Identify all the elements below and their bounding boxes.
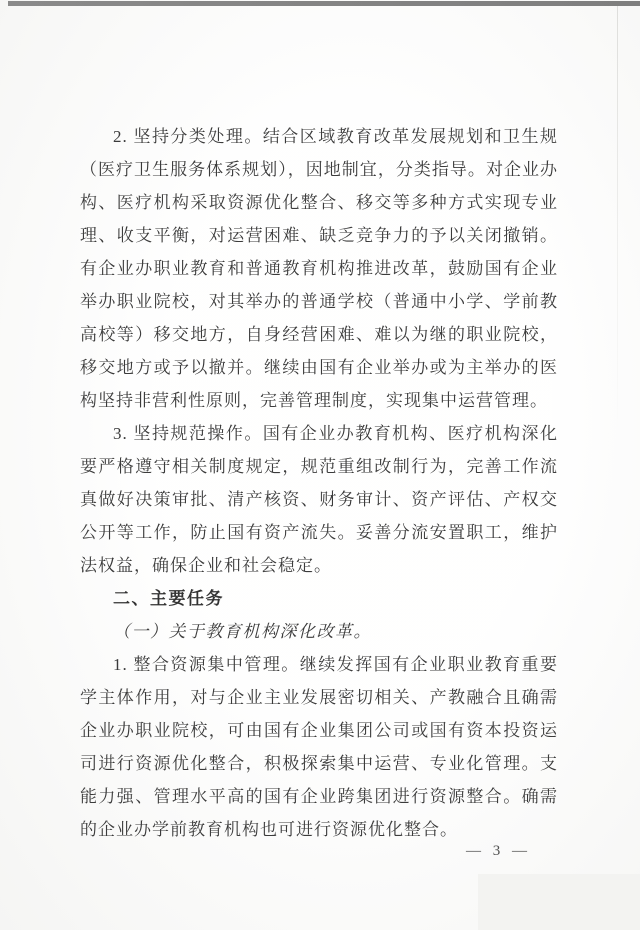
- body-text-line: 企业办职业院校，可由国有企业集团公司或国有资本投资运营公: [80, 714, 558, 747]
- body-text-line: 构坚持非营利性原则，完善管理制度，实现集中运营管理。: [80, 384, 558, 417]
- scan-page-edge: [617, 6, 618, 436]
- body-text-line: 能力强、管理水平高的国有企业跨集团进行资源整合。确需保留: [80, 780, 558, 813]
- body-text-line: 真做好决策审批、清产核资、财务审计、资产评估、产权交易、信息: [80, 483, 558, 516]
- document-body: 2. 坚持分类处理。结合区域教育改革发展规划和卫生规划 （医疗卫生服务体系规划）…: [80, 120, 558, 846]
- section-heading: 二、主要任务: [80, 582, 558, 615]
- body-text-line: （医疗卫生服务体系规划），因地制宜，分类指导。对企业办教育机: [80, 153, 558, 186]
- body-text-line: 公开等工作，防止国有资产流失。妥善分流安置职工，维护职工合: [80, 516, 558, 549]
- body-text-line: 移交地方或予以撤并。继续由国有企业举办或为主举办的医疗机: [80, 351, 558, 384]
- body-text-line: 2. 坚持分类处理。结合区域教育改革发展规划和卫生规划: [80, 120, 558, 153]
- body-text-line: 3. 坚持规范操作。国有企业办教育机构、医疗机构深化改革: [80, 417, 558, 450]
- scan-corner-shade: [478, 874, 640, 930]
- document-page: { "colors": { "page-bg": "#fbfbfa", "top…: [0, 0, 640, 930]
- body-text-line: 的企业办学前教育机构也可进行资源优化整合。: [80, 813, 558, 846]
- body-text-line: 要严格遵守相关制度规定，规范重组改制行为，完善工作流程，认: [80, 450, 558, 483]
- body-text-line: 学主体作用，对与企业主业发展密切相关、产教融合且确需保留的: [80, 681, 558, 714]
- scan-top-edge-bar: [8, 1, 640, 6]
- body-text-line: 高校等）移交地方，自身经营困难、难以为继的职业院校，原则上应: [80, 318, 558, 351]
- page-number: — 3 —: [466, 843, 531, 860]
- body-text-line: 1. 整合资源集中管理。继续发挥国有企业职业教育重要办: [80, 648, 558, 681]
- body-text-line: 举办职业院校，对其举办的普通学校（普通中小学、学前教育、普通: [80, 285, 558, 318]
- body-text-line: 构、医疗机构采取资源优化整合、移交等多种方式实现专业化管: [80, 186, 558, 219]
- subsection-heading: （一）关于教育机构深化改革。: [80, 615, 558, 648]
- body-text-line: 司进行资源优化整合，积极探索集中运营、专业化管理。支持运营: [80, 747, 558, 780]
- body-text-line: 法权益，确保企业和社会稳定。: [80, 549, 558, 582]
- body-text-line: 有企业办职业教育和普通教育机构推进改革，鼓励国有企业继续: [80, 252, 558, 285]
- body-text-line: 理、收支平衡，对运营困难、缺乏竞争力的予以关闭撤销。区分国: [80, 219, 558, 252]
